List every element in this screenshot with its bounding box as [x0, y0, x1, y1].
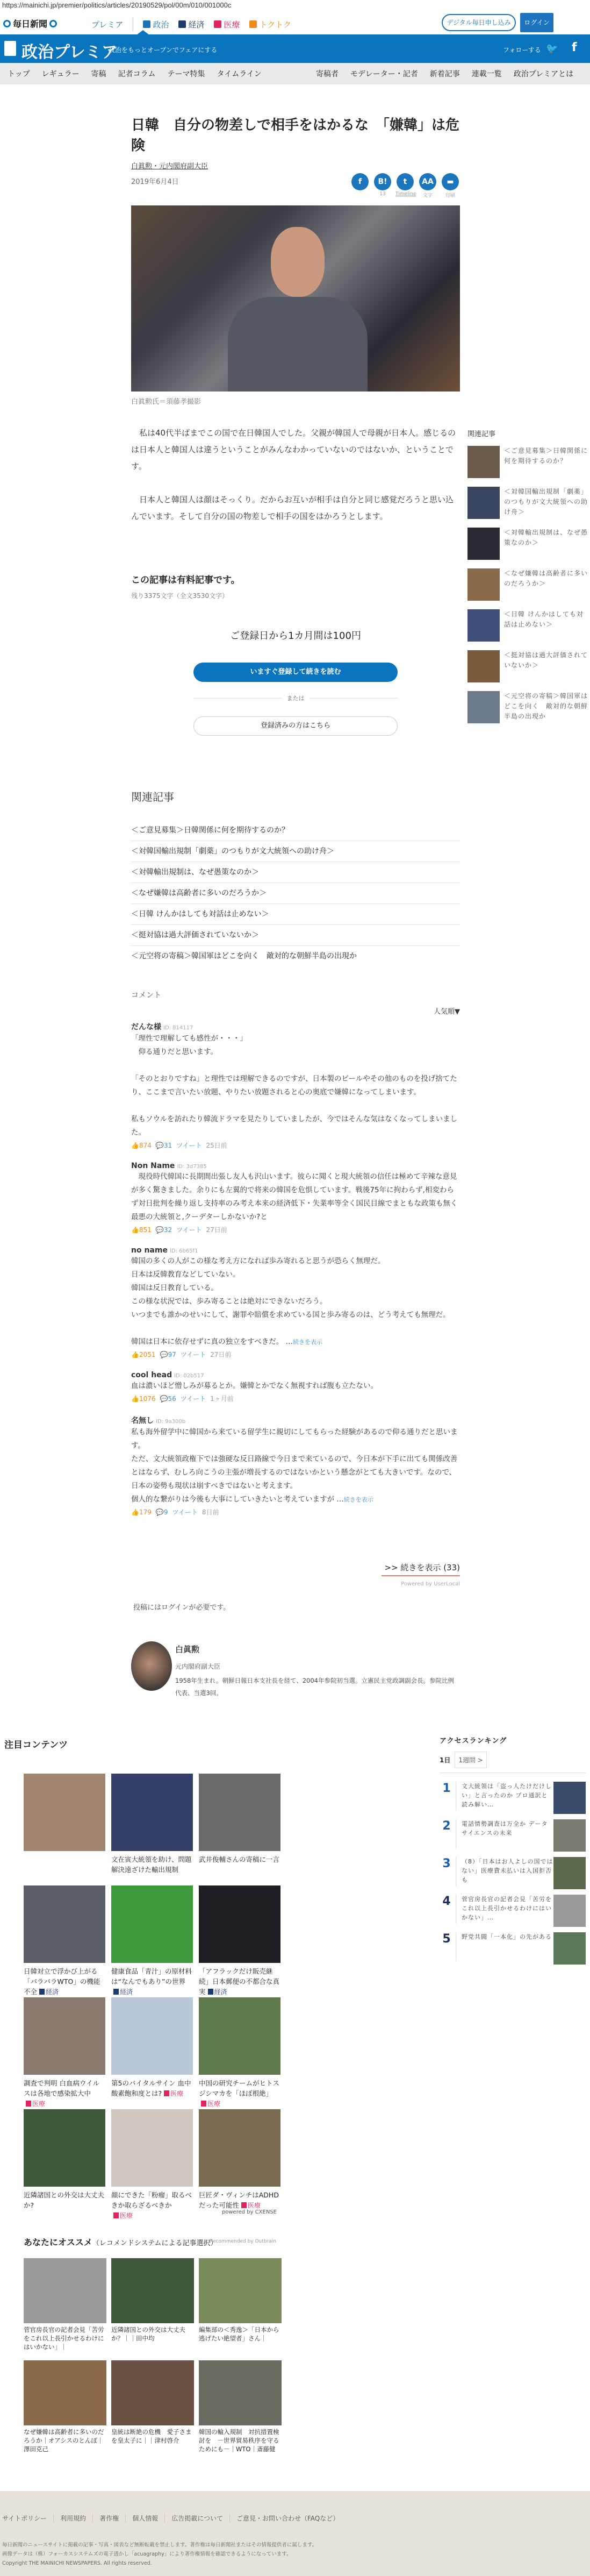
recommend-card[interactable]: 編集部の＜秀逸＞「日本から逃げたい絶望者」さん｜	[199, 2258, 282, 2360]
sidebar-related-item[interactable]: ＜元空将の寄稿＞韓国軍はどこを向く 敵対的な朝鮮半島の出現か	[467, 691, 590, 724]
comment-body: 私も海外留学中に韓国から来ている留学生に親切にしてもらった経験があるので仰る通り…	[131, 1428, 458, 1504]
comment-author: no name	[131, 1246, 168, 1255]
recommend-heading: あなたにオススメ	[24, 2237, 92, 2247]
reply-count: 31	[164, 1142, 172, 1149]
tab-daily[interactable]: 1日	[440, 1755, 450, 1764]
like-button[interactable]: 👍851	[131, 1226, 152, 1234]
logo-ring-icon	[49, 20, 57, 27]
comment-id: ID: 9a300b	[156, 1419, 185, 1425]
reply-button[interactable]: 💬56	[160, 1395, 176, 1403]
article-photo	[131, 205, 460, 392]
photo-caption: 白眞勲氏＝須藤孝撮影	[131, 396, 201, 406]
comment-id: ID: 3d7385	[177, 1164, 206, 1170]
economy-tag: 経済	[39, 1987, 59, 1997]
tag-label: 経済	[46, 1988, 59, 1996]
tweet-link[interactable]: ツイート	[181, 1394, 206, 1403]
site-link-politics[interactable]: 政治	[143, 19, 169, 30]
card-image	[24, 2109, 105, 2187]
comment: Non NameID: 3d7385 現役時代韓国に長期間出張し友人も沢山います…	[131, 1162, 460, 1234]
featured-card[interactable]	[24, 1774, 105, 1885]
thumbnail	[467, 691, 500, 723]
article-header: 日韓 自分の物差しで相手をはかるな 「嫌韓」は危険 白眞勲・元内閣府副大臣 20…	[131, 115, 460, 186]
medical-heart-icon	[164, 2090, 169, 2096]
article-paragraph: 日本人と韓国人は顔はそっくり。だからお互いが相手は自分と同じ感覚だろうと思い込ん…	[131, 492, 460, 525]
footer-link-copyright[interactable]: 著作権	[92, 2514, 125, 2523]
medical-heart-icon	[241, 2202, 247, 2208]
rank-number: 3	[440, 1857, 454, 1886]
comment-id: ID: 6b65f1	[170, 1248, 198, 1254]
tweet-link[interactable]: ツイート	[172, 1507, 197, 1517]
nav-moderators[interactable]: モデレーター・記者	[350, 68, 418, 79]
twitter-icon[interactable]: 🐦	[546, 43, 558, 54]
nav-contributors[interactable]: 寄稿者	[316, 68, 339, 79]
author-avatar	[131, 1641, 172, 1691]
site-link-medical[interactable]: 医療	[214, 19, 240, 30]
ranking-title: （8）「日本はお人よしの国ではない」医療費未払いは入国拒否も	[462, 1857, 553, 1886]
active-indicator	[136, 30, 149, 35]
card-image	[24, 1774, 105, 1851]
featured-card[interactable]: 近隣諸国との外交は大丈夫か?	[24, 2109, 105, 2221]
tokutoku-icon	[249, 20, 257, 28]
footer-link-site-policy[interactable]: サイトポリシー	[2, 2514, 53, 2523]
comment-author: 名無し	[131, 1417, 154, 1425]
subscribe-button[interactable]: いますぐ登録して続きを読む	[193, 663, 398, 682]
featured-card[interactable]: 文在寅大統領を助け、問題解決遠ざけた輸出規制	[111, 1774, 193, 1885]
thumbnail	[467, 609, 500, 642]
related-link[interactable]: ＜日韓 けんかはしても対話は止めない＞	[131, 910, 269, 919]
rank-number: 5	[440, 1932, 454, 1961]
share-hatena[interactable]: B!13	[373, 173, 392, 198]
site-label: プレミア	[91, 19, 123, 30]
footer-link-contact[interactable]: ご意見・お問い合わせ（FAQなど）	[229, 2514, 346, 2523]
sidebar-item-title: ＜対韓国輸出規制「劇薬」のつもりが文大統領への助け舟＞	[504, 487, 590, 520]
sidebar-item-title: ＜日韓 けんかはしても対話は止めない＞	[504, 609, 590, 643]
section-banner: 政治プレミア 政治をもっとオープンでフェアにする フォローする 🐦 f	[0, 34, 590, 63]
font-size-label: 文字	[418, 191, 437, 198]
ranking-item[interactable]: 4菅官房長官の記者会見「苦労をこれ以上長引かせるわけにはいかない」…	[440, 1895, 586, 1924]
sidebar-related-item[interactable]: ＜挺対協は過大評価されていないか＞	[467, 650, 590, 684]
sidebar-related-item[interactable]: ＜対韓輸出規制は、なぜ愚策なのか＞	[467, 528, 590, 561]
global-nav: トップ レギュラー 寄稿 記者コラム テーマ特集 タイムライン 寄稿者 モデレー…	[0, 63, 590, 84]
login-required-notice: 投稿にはログインが必要です。	[133, 1602, 230, 1612]
thumbnail	[467, 528, 500, 560]
featured-card[interactable]: 健康食品「青汁」の原材料は“なんでもあり”の世界経済	[111, 1885, 193, 1997]
follow-label: フォローする	[503, 45, 541, 54]
twitter-icon: t	[397, 173, 414, 190]
comment-body: 韓国の多くの人がこの様な考え方になれば歩み寄れると思うが恐らく無理だ。 日本は反…	[131, 1257, 450, 1346]
card-title: なぜ嫌韓は高齢者に多いのだろうか｜オアシスのとんぼ｜澤田克己	[24, 2428, 106, 2453]
related-articles: 関連記事 ＜ご意見募集＞日韓関係に何を期待するのか？ ＜対韓国輸出規制「劇薬」の…	[131, 788, 460, 967]
ranking-title: 文大統領は「盗っ人たけだけしい」と言ったのか プロ通訳と読み解い…	[462, 1782, 553, 1811]
url-text: https://mainichi.jp/premier/politics/art…	[2, 1, 231, 9]
ranking-item[interactable]: 1文大統領は「盗っ人たけだけしい」と言ったのか プロ通訳と読み解い…	[440, 1782, 586, 1811]
nav-about[interactable]: 政治プレミアとは	[514, 68, 573, 79]
card-title: 文在寅大統領を助け、問題解決遠ざけた輸出規制	[111, 1855, 192, 1874]
remaining-chars: 残り3375文字（全文3530文字）	[131, 591, 460, 600]
tag-label: 医療	[248, 2202, 261, 2209]
nav-timeline[interactable]: タイムライン	[217, 68, 261, 79]
facebook-icon: f	[351, 173, 369, 190]
share-twitter[interactable]: tTimeline	[395, 173, 415, 198]
site-label: トクトク	[259, 19, 291, 30]
thumbnail	[553, 1932, 586, 1965]
reply-button[interactable]: 💬31	[156, 1142, 172, 1149]
card-title: 近隣諸国との外交は大丈夫か？｜｜田中均	[111, 2325, 194, 2343]
sidebar-item-title: ＜ご意見募集＞日韓関係に何を期待するのか？	[504, 446, 590, 479]
nav-new-articles[interactable]: 新着記事	[430, 68, 460, 79]
comment-author: cool head	[131, 1371, 172, 1379]
comment: cool headID: 02b517 血は濃いほど憎しみが募るとか。嫌韓とかで…	[131, 1371, 460, 1403]
comment: だんな様ID: 814117 「理性で理解しても感性が・・・」 仰る通りだと思い…	[131, 1021, 460, 1150]
print-icon: ▬	[442, 173, 459, 190]
site-label: 医療	[224, 19, 240, 30]
comment-time: 27日前	[210, 1350, 231, 1359]
rank-number: 2	[440, 1819, 454, 1848]
card-image	[24, 1997, 105, 2075]
featured-card[interactable]: 調査で判明 白血病ウイルスは各地で感染拡大中医療	[24, 1997, 105, 2109]
section-title[interactable]: 政治プレミア	[21, 39, 118, 62]
like-button[interactable]: 👍874	[131, 1142, 152, 1149]
sidebar-related-item[interactable]: ＜日韓 けんかはしても対話は止めない＞	[467, 609, 590, 643]
load-more-comments-button[interactable]: >> 続きを表示 (33)	[382, 1562, 460, 1576]
comment-id: ID: 814117	[163, 1025, 193, 1031]
ranking-title: 野党共闘「一本化」の先がある	[462, 1932, 553, 1961]
paywall-heading: この記事は有料記事です。	[131, 572, 460, 586]
economy-icon	[208, 1989, 213, 1995]
comment-time: 27日前	[206, 1225, 227, 1234]
medical-tag: 医療	[164, 2089, 183, 2099]
card-image	[199, 2109, 280, 2187]
sidebar-item-title: ＜なぜ嫌韓は高齢者に多いのだろうか＞	[504, 568, 590, 602]
recommend-grid: 菅官房長官の記者会見「苦労をこれ以上長引かせるわけにはいかない」｜ 近隣諸国との…	[24, 2258, 282, 2463]
related-link[interactable]: ＜なぜ嫌韓は高齢者に多いのだろうか＞	[131, 889, 267, 898]
sidebar-related-item[interactable]: ＜なぜ嫌韓は高齢者に多いのだろうか＞	[467, 568, 590, 602]
card-title: 韓国の輸入規制 対抗措置検討を －世界貿易秩序を守るためにも－｜WTO｜斎藤健	[199, 2428, 282, 2453]
tweet-link[interactable]: ツイート	[176, 1225, 202, 1234]
thumbnail	[467, 568, 500, 601]
nav-contribution[interactable]: 寄稿	[91, 68, 106, 79]
thumbnail	[467, 650, 500, 682]
site-link-premier[interactable]: プレミア	[91, 19, 123, 30]
comments-section: コメント 人気順▼ だんな様ID: 814117 「理性で理解しても感性が・・・…	[131, 990, 460, 1517]
ranking-item[interactable]: 3（8）「日本はお人よしの国ではない」医療費未払いは入国拒否も	[440, 1857, 586, 1886]
hatena-bookmark-icon: B!	[374, 173, 391, 190]
card-image	[199, 2360, 282, 2425]
paywall: この記事は有料記事です。 残り3375文字（全文3530文字） ご登録日から1カ…	[131, 572, 460, 736]
site-link-economy[interactable]: 経済	[178, 19, 204, 30]
load-more-comments: >> 続きを表示 (33)	[131, 1562, 460, 1576]
economy-icon	[113, 1989, 119, 1995]
footer-link-advertising[interactable]: 広告掲載について	[164, 2514, 229, 2523]
nav-regular[interactable]: レギュラー	[42, 68, 80, 79]
nav-top[interactable]: トップ	[8, 68, 30, 79]
like-button[interactable]: 👍1076	[131, 1395, 156, 1403]
photo-figure	[228, 297, 368, 392]
print-label: 印刷	[441, 191, 460, 198]
logo-ring-icon	[3, 20, 11, 27]
medical-heart-icon	[201, 2101, 206, 2107]
card-image	[199, 1997, 280, 2075]
thumbnail	[467, 446, 500, 478]
tag-label: 医療	[32, 2100, 45, 2108]
article-title: 日韓 自分の物差しで相手をはかるな 「嫌韓」は危険	[131, 115, 460, 156]
comment-text: 血は濃いほど憎しみが募るとか。嫌韓とかでなく無視すれば腹も立たない。	[131, 1379, 460, 1393]
comment-id: ID: 02b517	[174, 1373, 204, 1379]
card-image	[199, 1885, 280, 1963]
reply-count: 9	[164, 1508, 168, 1516]
nav-theme[interactable]: テーマ特集	[167, 68, 205, 79]
comment-time: 1ヶ月前	[210, 1394, 234, 1403]
featured-heading: 注目コンテンツ	[4, 1737, 68, 1750]
politics-icon	[143, 20, 150, 28]
medical-tag: 医療	[26, 2099, 45, 2109]
featured-card[interactable]: 第5のバイタルサイン 血中酸素飽和度とは?医療	[111, 1997, 193, 2109]
author-name[interactable]: 白眞勲	[175, 1643, 199, 1655]
ranking-item[interactable]: 2電話情勢調査は万全か データサイエンスの未来	[440, 1819, 586, 1848]
userlocal-credit: Powered by UserLocal	[131, 1581, 460, 1587]
ranking-heading: アクセスランキング	[440, 1735, 586, 1745]
or-label: または	[287, 694, 305, 702]
access-ranking: アクセスランキング 1日 1週間 > 1文大統領は「盗っ人たけだけしい」と言った…	[440, 1735, 586, 1961]
recommend-card[interactable]: なぜ嫌韓は高齢者に多いのだろうか｜オアシスのとんぼ｜澤田克己	[24, 2360, 106, 2463]
reply-count: 32	[164, 1226, 172, 1234]
show-more-link[interactable]: 続きを表示	[344, 1496, 373, 1503]
ranking-title: 菅官房長官の記者会見「苦労をこれ以上長引かせるわけにはいかない」…	[462, 1895, 553, 1924]
comment-text: 私も海外留学中に韓国から来ている留学生に親切にしてもらった経験があるので仰る通り…	[131, 1426, 460, 1506]
medical-tag: 医療	[201, 2099, 220, 2109]
thumbnail	[553, 1857, 586, 1889]
existing-user-login-button[interactable]: 登録済みの方はこちら	[193, 716, 398, 736]
medical-heart-icon	[26, 2101, 31, 2107]
outbrain-credit[interactable]: Recommended by Outbrain	[210, 2239, 276, 2244]
thumbnail	[553, 1782, 586, 1814]
reply-count: 56	[168, 1395, 176, 1403]
card-image	[111, 1774, 193, 1851]
card-title: 中国の研究チームがヒトスジシマカを「ほぼ根絶」	[199, 2079, 279, 2097]
card-image	[111, 2360, 194, 2425]
card-image	[24, 2258, 106, 2323]
tag-label: 経済	[120, 1988, 133, 1996]
related-link[interactable]: ＜対韓輸出規制は、なぜ愚策なのか＞	[131, 868, 259, 877]
like-count: 179	[139, 1508, 152, 1516]
featured-card[interactable]: 「アフラックだけ販売継続」日本郵便の不都合な真実経済	[199, 1885, 280, 1997]
reply-button[interactable]: 💬97	[160, 1351, 176, 1358]
card-title: 編集部の＜秀逸＞「日本から逃げたい絶望者」さん｜	[199, 2325, 282, 2343]
author-bio: 1958年生まれ。朝鮮日報日本支社長を経て、2004年参院初当選。立憲民主党政調…	[175, 1675, 455, 1699]
card-image	[111, 1885, 193, 1963]
tag-label: 医療	[170, 2090, 183, 2097]
login-button[interactable]: ログイン	[520, 13, 553, 32]
price-text: ご登録日から1カ月間は100円	[131, 628, 460, 642]
comment-time: 25日前	[206, 1141, 227, 1150]
rank-number: 1	[440, 1782, 454, 1811]
recommend-subheading: （レコメンドシステムによる記事選択）	[92, 2239, 218, 2247]
author-title: 元内閣府副大臣	[175, 1662, 220, 1671]
footer: サイトポリシー 利用規約 著作権 個人情報 広告掲載について ご意見・お問い合わ…	[0, 2491, 590, 2576]
rank-number: 4	[440, 1895, 454, 1924]
recommend-card[interactable]: 菅官房長官の記者会見「苦労をこれ以上長引かせるわけにはいかない」｜	[24, 2258, 106, 2360]
sidebar-related-item[interactable]: ＜ご意見募集＞日韓関係に何を期待するのか？	[467, 446, 590, 479]
related-link[interactable]: ＜対韓国輸出規制「劇薬」のつもりが文大統領への助け舟＞	[131, 847, 334, 856]
font-size-icon: AA	[419, 173, 436, 190]
legal-text: 画像データは（株）フォーカスシステムズの電子透かし「acuagraphy」により…	[2, 2550, 317, 2559]
share-count: 13	[373, 191, 392, 197]
economy-tag: 経済	[208, 1987, 227, 1997]
site-label: 経済	[188, 19, 204, 30]
sort-dropdown[interactable]: 人気順▼	[131, 1006, 460, 1016]
sidebar-item-title: ＜対韓輸出規制は、なぜ愚策なのか＞	[504, 528, 590, 561]
card-image	[24, 2360, 106, 2425]
card-image	[199, 1774, 280, 1851]
like-count: 874	[139, 1142, 152, 1149]
card-title: 近隣諸国との外交は大丈夫か?	[24, 2191, 104, 2209]
comment-time: 8日前	[202, 1507, 219, 1517]
economy-tag: 経済	[113, 1987, 133, 1997]
share-facebook[interactable]: f	[350, 173, 370, 198]
recommend-card[interactable]: 韓国の輸入規制 対抗措置検討を －世界貿易秩序を守るためにも－｜WTO｜斎藤健	[199, 2360, 282, 2463]
comment-text: 韓国の多くの人がこの様な考え方になれば歩み寄れると思うが恐らく無理だ。 日本は反…	[131, 1255, 460, 1349]
article-paragraph: 私は40代半ばまでこの国で在日韓国人でした。父親が韓国人で母親が日本人。感じるの…	[131, 425, 460, 475]
facebook-icon[interactable]: f	[572, 41, 577, 54]
featured-card[interactable]: 中国の研究チームがヒトスジシマカを「ほぼ根絶」医療	[199, 1997, 280, 2109]
author-profile: 白眞勲 元内閣府副大臣 1958年生まれ。朝鮮日報日本支社長を経て、2004年参…	[131, 1641, 460, 1695]
thumbnail	[467, 487, 500, 519]
divider	[133, 17, 133, 31]
ranking-title: 電話情勢調査は万全か データサイエンスの未来	[462, 1819, 553, 1848]
thumbnail	[553, 1819, 586, 1852]
medical-heart-icon	[214, 20, 221, 28]
comment-author: Non Name	[131, 1162, 175, 1170]
comment: no nameID: 6b65f1 韓国の多くの人がこの様な考え方になれば歩み寄…	[131, 1246, 460, 1359]
comment-author: だんな様	[131, 1023, 161, 1031]
comment-text: 現役時代韓国に長期間出張し友人も沢山います。彼らに聞くと現大統領の信任は極めて辛…	[131, 1170, 460, 1224]
site-label: 政治	[153, 19, 169, 30]
mainichi-logo[interactable]: 毎日新聞	[3, 17, 57, 30]
sidebar-heading: 関連記事	[467, 428, 590, 438]
reply-count: 97	[168, 1351, 176, 1358]
politics-premier-icon	[4, 41, 16, 56]
featured-card[interactable]: 巨匠ダ・ヴィンチはADHDだった可能性医療	[199, 2109, 280, 2221]
tweet-link[interactable]: ツイート	[181, 1350, 206, 1359]
featured-card[interactable]: 日韓対立で浮かび上がる「バラバラWTO」の機能不全経済	[24, 1885, 105, 1997]
print-button[interactable]: ▬印刷	[441, 173, 460, 198]
sidebar-related: 関連記事 ＜ご意見募集＞日韓関係に何を期待するのか？ ＜対韓国輸出規制「劇薬」の…	[467, 428, 590, 724]
card-image	[24, 1885, 105, 1963]
card-title: 顔にできた「粉瘤」取るべきか取らざるべきか	[111, 2191, 192, 2209]
reply-button[interactable]: 💬9	[156, 1508, 168, 1516]
copyright-text: Copyright THE MAINICHI NEWSPAPERS. All r…	[2, 2559, 317, 2568]
card-image	[111, 2109, 193, 2187]
sidebar-item-title: ＜挺対協は過大評価されていないか＞	[504, 650, 590, 684]
economy-icon	[39, 1989, 45, 1995]
site-links: プレミア 政治 経済 医療 トクトク	[91, 17, 291, 31]
card-image	[111, 2258, 194, 2323]
ranking-item[interactable]: 5野党共闘「一本化」の先がある	[440, 1932, 586, 1961]
related-link[interactable]: ＜元空将の寄稿＞韓国軍はどこを向く 敵対的な朝鮮半島の出現か	[131, 952, 357, 960]
like-count: 2051	[139, 1351, 156, 1358]
tab-weekly[interactable]: 1週間 >	[455, 1752, 487, 1768]
site-link-tokutoku[interactable]: トクトク	[249, 19, 291, 30]
card-title: 健康食品「青汁」の原材料は“なんでもあり”の世界	[111, 1967, 192, 1986]
author-byline-link[interactable]: 白眞勲・元内閣府副大臣	[131, 160, 208, 170]
sidebar-related-item[interactable]: ＜対韓国輸出規制「劇薬」のつもりが文大統領への助け舟＞	[467, 487, 590, 520]
nav-reporter-column[interactable]: 記者コラム	[118, 68, 156, 79]
section-tagline: 政治をもっとオープンでフェアにする	[109, 45, 217, 54]
comment-text: 「理性で理解しても感性が・・・」 仰る通りだと思います。 「そのとおりですね」と…	[131, 1032, 460, 1140]
related-link[interactable]: ＜挺対協は過大評価されていないか＞	[131, 931, 259, 940]
share-buttons: f B!13 tTimeline AA文字 ▬印刷	[350, 173, 460, 198]
comments-heading: コメント	[131, 990, 460, 1000]
tag-label: 医療	[207, 2100, 220, 2108]
card-title: 武井俊輔さんの寄稿に一言	[199, 1855, 279, 1863]
featured-card[interactable]: 顔にできた「粉瘤」取るべきか取らざるべきか医療	[111, 2109, 193, 2221]
like-button[interactable]: 👍179	[131, 1508, 152, 1516]
comment: 名無しID: 9a300b 私も海外留学中に韓国から来ている留学生に親切にしても…	[131, 1415, 460, 1517]
footer-link-terms[interactable]: 利用規約	[53, 2514, 92, 2523]
tag-label: 経済	[214, 1988, 227, 1996]
photo-face	[271, 227, 325, 297]
digital-subscribe-button[interactable]: デジタル毎日申し込み	[442, 14, 516, 31]
cxense-credit: powered by CXENSE	[0, 2209, 277, 2215]
logo-text: 毎日新聞	[13, 17, 47, 30]
thumbnail	[553, 1895, 586, 1927]
related-link[interactable]: ＜ご意見募集＞日韓関係に何を期待するのか？	[131, 826, 289, 835]
card-title: 菅官房長官の記者会見「苦労をこれ以上長引かせるわけにはいかない」｜	[24, 2325, 106, 2351]
card-image	[199, 2258, 282, 2323]
card-image	[111, 1997, 193, 2075]
like-count: 851	[139, 1226, 152, 1234]
card-title: 調査で判明 白血病ウイルスは各地で感染拡大中	[24, 2079, 99, 2097]
recommend-header: あなたにオススメ（レコメンドシステムによる記事選択） Recommended b…	[24, 2236, 276, 2248]
show-more-link[interactable]: 続きを表示	[293, 1339, 322, 1346]
recommend-card[interactable]: 皇統は断絶の危機 愛子さまを皇太子に｜｜津村啓介	[111, 2360, 194, 2463]
like-count: 1076	[139, 1395, 156, 1403]
featured-card[interactable]: 武井俊輔さんの寄稿に一言	[199, 1774, 280, 1885]
article-body: 私は40代半ばまでこの国で在日韓国人でした。父親が韓国人で母親が日本人。感じるの…	[131, 425, 460, 542]
top-bar: 毎日新聞 プレミア 政治 経済 医療 トクトク デジタル毎日申し込み ログイン	[0, 11, 590, 34]
card-title: 皇統は断絶の危機 愛子さまを皇太子に｜｜津村啓介	[111, 2428, 194, 2445]
nav-series[interactable]: 連載一覧	[472, 68, 502, 79]
card-title: 巨匠ダ・ヴィンチはADHDだった可能性	[199, 2191, 279, 2209]
card-title: 日韓対立で浮かび上がる「バラバラWTO」の機能不全	[24, 1967, 100, 1996]
related-heading: 関連記事	[131, 788, 460, 804]
tweet-link[interactable]: ツイート	[176, 1141, 202, 1150]
reply-button[interactable]: 💬32	[156, 1226, 172, 1234]
font-size-button[interactable]: AA文字	[418, 173, 437, 198]
or-divider: または	[193, 694, 398, 702]
sidebar-item-title: ＜元空将の寄稿＞韓国軍はどこを向く 敵対的な朝鮮半島の出現か	[504, 691, 590, 724]
timeline-link[interactable]: Timeline	[395, 191, 415, 197]
economy-icon	[178, 20, 186, 28]
footer-link-privacy[interactable]: 個人情報	[125, 2514, 164, 2523]
like-button[interactable]: 👍2051	[131, 1351, 156, 1358]
recommend-card[interactable]: 近隣諸国との外交は大丈夫か？｜｜田中均	[111, 2258, 194, 2360]
legal-text: 毎日新聞のニュースサイトに掲載の記事・写真・図表など無断転載を禁止します。著作権…	[2, 2541, 317, 2550]
